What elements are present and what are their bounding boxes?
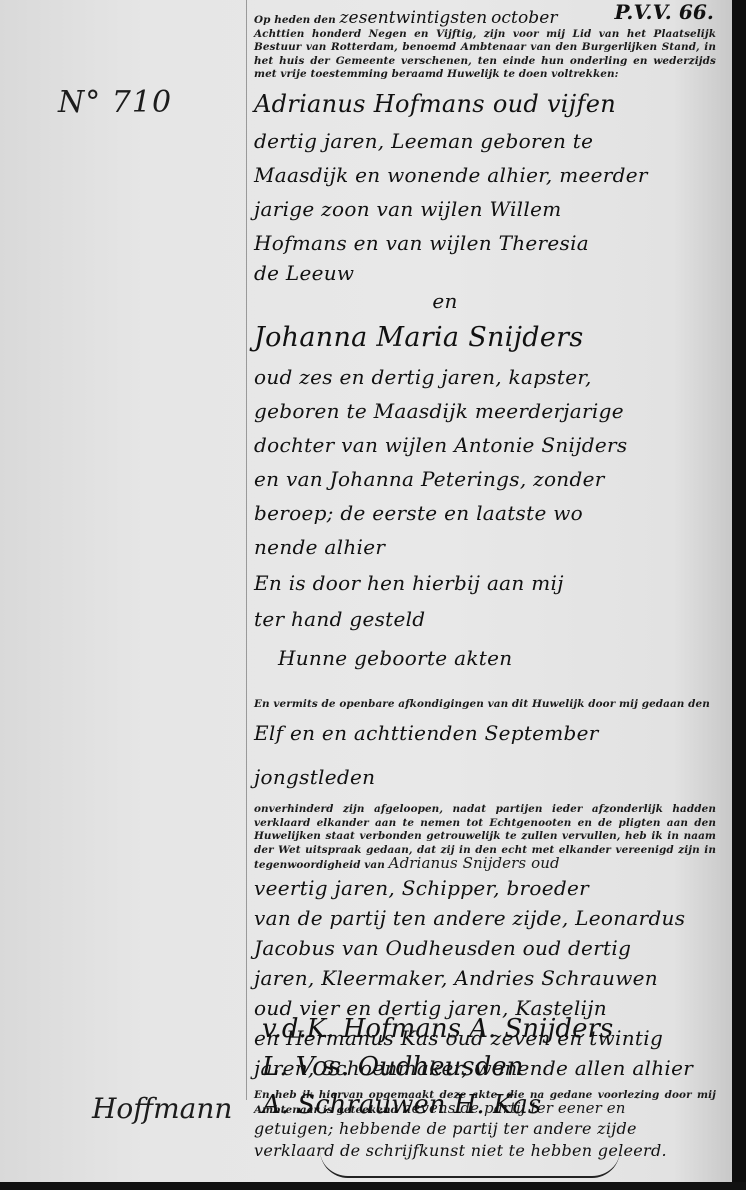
witness-line: veertig jaren, Schipper, broeder (254, 873, 716, 903)
groom-line: de Leeuw (254, 260, 716, 286)
month-handwritten: october (491, 8, 558, 28)
bride-line: en van Johanna Peterings, zonder (254, 462, 716, 496)
record-number: N° 710 (58, 85, 172, 120)
signature-line: v.d.K. Hofmans A. Snijders (262, 1010, 722, 1048)
documents-line: ter hand gesteld (254, 602, 716, 636)
proclamations-continuation: onverhinderd zijn afgeloopen, nadat part… (254, 803, 716, 873)
first-witness: Adrianus Snijders oud (389, 854, 560, 872)
book-binding-edge (732, 0, 746, 1190)
opening-line: Op heden den zesentwintigsten october P.… (254, 12, 716, 28)
folio-number: P.V.V. 66. (615, 6, 714, 20)
signature-line: L. Vos. Oudheusden (262, 1048, 722, 1086)
bride-line: beroep; de eerste en laatste wo (254, 496, 716, 530)
margin-signature: Hoffmann (92, 1092, 232, 1125)
bride-line: oud zes en dertig jaren, kapster, (254, 360, 716, 394)
groom-section: Adrianus Hofmans oud vijfen dertig jaren… (254, 84, 716, 286)
documents-line: En is door hen hierbij aan mij (254, 564, 716, 602)
signature-flourish (320, 1150, 620, 1178)
proclamations-printed: En vermits de openbare afkondigingen van… (254, 698, 716, 712)
documents-clause: En is door hen hierbij aan mij ter hand … (254, 564, 716, 680)
document-page: N° 710 Hoffmann Op heden den zesentwinti… (0, 0, 732, 1182)
bride-name: Johanna Maria Snijders (254, 316, 716, 360)
signatures-block: v.d.K. Hofmans A. Snijders L. Vos. Oudhe… (262, 1010, 722, 1124)
folio-value: 66. (679, 0, 714, 24)
bride-line: geboren te Maasdijk meerderjarige (254, 394, 716, 428)
documents-line: Hunne geboorte akten (254, 636, 716, 680)
opening-printed-body: Achttien honderd Negen en Vijftig, zijn … (254, 28, 716, 82)
proclamations-section: En vermits de openbare afkondigingen van… (254, 698, 716, 873)
bride-section: Johanna Maria Snijders oud zes en dertig… (254, 316, 716, 564)
witness-line: van de partij ten andere zijde, Leonardu… (254, 903, 716, 933)
groom-line: Adrianus Hofmans oud vijfen (254, 84, 716, 124)
groom-line: Maasdijk en wonende alhier, meerder (254, 158, 716, 192)
margin-rule (246, 0, 247, 1100)
printed-start: Op heden den (254, 14, 336, 26)
witness-line: jaren, Kleermaker, Andries Schrauwen (254, 963, 716, 993)
bride-line: dochter van wijlen Antonie Snijders (254, 428, 716, 462)
page-bottom-edge (0, 1182, 746, 1190)
record-body: Op heden den zesentwintigsten october P.… (254, 12, 716, 1162)
groom-line: dertig jaren, Leeman geboren te (254, 124, 716, 158)
folio-prefix: P.V.V. (615, 0, 672, 24)
proclamations-handwritten: Elf en en achttienden September jongstle… (254, 711, 716, 799)
groom-line: Hofmans en van wijlen Theresia (254, 226, 716, 260)
bride-line: nende alhier (254, 530, 716, 564)
witness-line: Jacobus van Oudheusden oud dertig (254, 933, 716, 963)
signature-line: A. Schrauwen H. Kas (262, 1086, 722, 1124)
date-handwritten: zesentwintigsten (340, 8, 488, 28)
conjunction: en (254, 286, 716, 316)
groom-line: jarige zoon van wijlen Willem (254, 192, 716, 226)
